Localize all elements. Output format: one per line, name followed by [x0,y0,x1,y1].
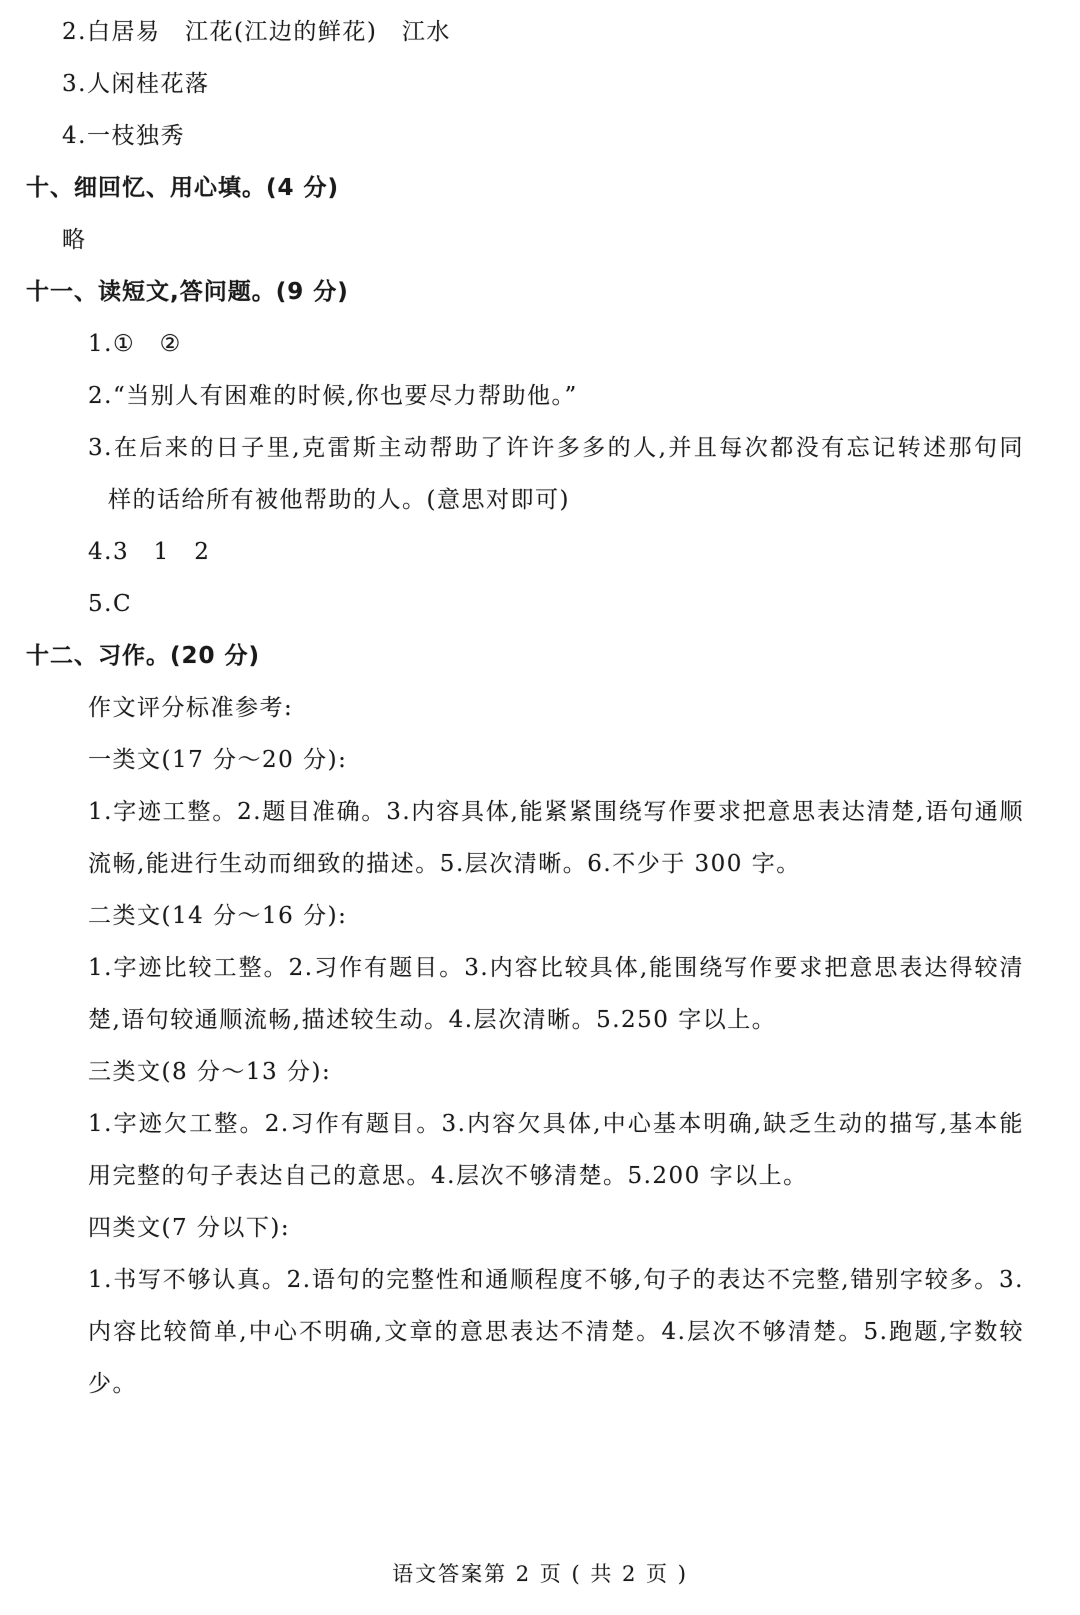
answer-item: 3.人闲桂花落 [62,70,209,98]
category-title: 二类文(14 分～16 分): [88,902,347,930]
answer-item: 2.白居易 江花(江边的鲜花) 江水 [62,18,451,46]
answer-item: 2.“当别人有困难的时候,你也要尽力帮助他。” [88,382,578,410]
answer-item: 5.C [88,590,132,618]
answer-item-continuation: 样的话给所有被他帮助的人。(意思对即可) [108,486,570,514]
grading-intro: 作文评分标准参考: [88,694,293,722]
category-title: 三类文(8 分～13 分): [88,1058,331,1086]
answer-item: 1.① ② [88,330,182,358]
category-title: 四类文(7 分以下): [88,1214,290,1242]
category-criteria: 用完整的句子表达自己的意思。4.层次不够清楚。5.200 字以上。 [88,1162,808,1190]
answer-item: 4.一枝独秀 [62,122,185,150]
category-criteria: 1.字迹比较工整。2.习作有题目。3.内容比较具体,能围绕写作要求把意思表达得较… [88,954,1024,982]
section-heading: 十、细回忆、用心填。(4 分) [26,174,339,202]
category-criteria: 楚,语句较通顺流畅,描述较生动。4.层次清晰。5.250 字以上。 [88,1006,776,1034]
answer-item: 略 [62,226,87,254]
category-title: 一类文(17 分～20 分): [88,746,347,774]
section-heading: 十一、读短文,答问题。(9 分) [26,278,349,306]
page-footer: 语文答案第 2 页 ( 共 2 页 ) [0,1558,1080,1588]
category-criteria: 少。 [88,1370,137,1398]
section-heading: 十二、习作。(20 分) [26,642,260,670]
category-criteria: 1.字迹工整。2.题目准确。3.内容具体,能紧紧围绕写作要求把意思表达清楚,语句… [88,798,1024,826]
category-criteria: 流畅,能进行生动而细致的描述。5.层次清晰。6.不少于 300 字。 [88,850,801,878]
category-criteria: 内容比较简单,中心不明确,文章的意思表达不清楚。4.层次不够清楚。5.跑题,字数… [88,1318,1024,1346]
category-criteria: 1.字迹欠工整。2.习作有题目。3.内容欠具体,中心基本明确,缺乏生动的描写,基… [88,1110,1024,1138]
answer-item: 4.3 1 2 [88,538,210,566]
category-criteria: 1.书写不够认真。2.语句的完整性和通顺程度不够,句子的表达不完整,错别字较多。… [88,1266,1024,1294]
answer-item: 3.在后来的日子里,克雷斯主动帮助了许许多多的人,并且每次都没有忘记转述那句同 [88,434,1024,462]
